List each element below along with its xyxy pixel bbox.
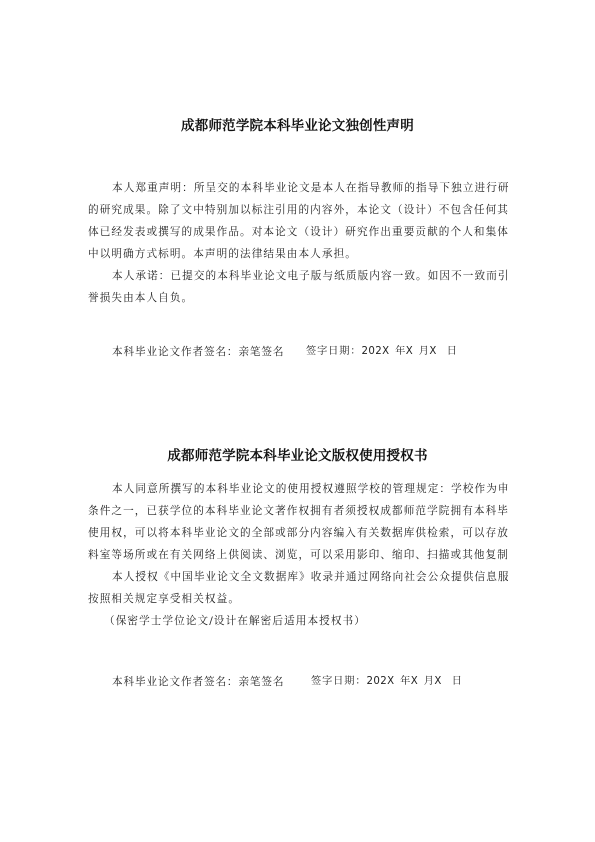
date-month-unit: 月 [424,676,435,687]
date-month-unit: 月 [419,346,430,357]
date-month: X [406,346,413,357]
document-page: 成都师范学院本科毕业论文独创性声明 本人郑重声明：所呈交的本科毕业论文是本人在指… [0,0,595,842]
text-line: 使用权，可以将本科毕业论文的全部或部分内容编入有关数据库供检索，可以存放图书馆、… [88,522,508,544]
authorization-paragraph-2: 本人授权《中国毕业论文全文数据库》收录并通过网络向社会公众提供信息服务。同意 按… [88,566,508,610]
declaration-paragraph-1: 本人郑重声明：所呈交的本科毕业论文是本人在指导教师的指导下独立进行研究所取得 的… [88,177,508,265]
signature-date: 签字日期：202X 年X 月X日 [311,674,462,690]
authorization-signature-row: 本科毕业论文作者签名：亲笔签名 签字日期：202X 年X 月X日 [112,674,284,690]
date-year: 202X [366,676,394,687]
declaration-signature-row: 本科毕业论文作者签名：亲笔签名 签字日期：202X 年X 月X日 [112,344,284,360]
date-day-unit: 日 [452,676,463,687]
confidentiality-note: （保密学士学位论文/设计在解密后适用本授权书） [104,610,366,632]
text-line: 本人授权《中国毕业论文全文数据库》收录并通过网络向社会公众提供信息服务。同意 [88,566,508,588]
date-year-unit: 年 [395,346,406,357]
authorization-title: 成都师范学院本科毕业论文版权使用授权书 [0,444,595,464]
signature-label: 本科毕业论文作者签名： [112,676,238,688]
signature-value: 亲笔签名 [238,676,284,688]
date-month: X [411,676,418,687]
signature-date: 签字日期：202X 年X 月X日 [306,344,457,360]
text-line: 条件之一，已获学位的本科毕业论文著作权拥有者须授权成都师范学院拥有本科毕业论文的 [88,500,508,522]
text-line: 誉损失由本人自负。 [88,287,508,309]
date-label: 签字日期： [306,346,361,357]
date-day-unit: 日 [447,346,458,357]
date-label: 签字日期： [311,676,366,687]
declaration-paragraph-2: 本人承诺：已提交的本科毕业论文电子版与纸质版内容一致。如因不一致而引起学术声 誉… [88,265,508,309]
date-year-unit: 年 [400,676,411,687]
text-line: 本人郑重声明：所呈交的本科毕业论文是本人在指导教师的指导下独立进行研究所取得 [88,177,508,199]
text-line: 料室等场所或在有关网络上供阅读、浏览，可以采用影印、缩印、扫描或其他复制手段保存… [88,544,508,566]
text-line: 体已经发表或撰写的成果作品。对本论文（设计）研究作出重要贡献的个人和集体，均已在… [88,221,508,243]
text-line: 本人承诺：已提交的本科毕业论文电子版与纸质版内容一致。如因不一致而引起学术声 [88,265,508,287]
text-line: 按照相关规定享受相关权益。 [88,588,508,610]
text-line: 的研究成果。除了文中特别加以标注引用的内容外，本论文（设计）不包含任何其他个人或… [88,199,508,221]
authorization-paragraph-1: 本人同意所撰写的本科毕业论文的使用授权遵照学校的管理规定：学校作为申请学位的 条… [88,478,508,566]
date-day: X [434,676,441,687]
text-line: 中以明确方式标明。本声明的法律结果由本人承担。 [88,243,508,265]
signature-label: 本科毕业论文作者签名： [112,346,238,358]
declaration-title: 成都师范学院本科毕业论文独创性声明 [0,114,595,134]
signature-value: 亲笔签名 [238,346,284,358]
text-line: 本人同意所撰写的本科毕业论文的使用授权遵照学校的管理规定：学校作为申请学位的 [88,478,508,500]
date-year: 202X [361,346,389,357]
date-day: X [429,346,436,357]
